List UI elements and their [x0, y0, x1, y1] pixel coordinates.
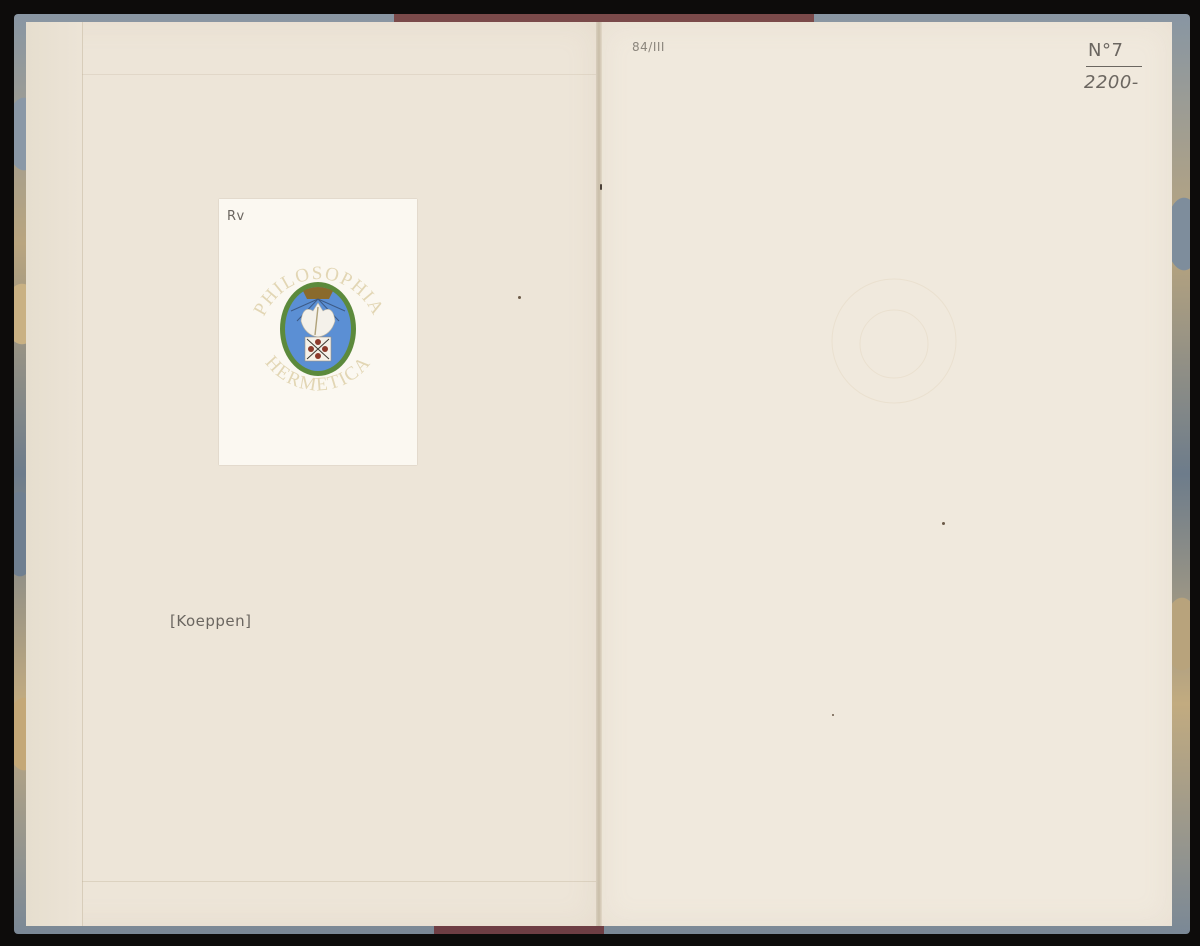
- left-endpaper: [26, 22, 596, 926]
- left-turn-in: [26, 22, 83, 926]
- gutter-mark: [600, 184, 602, 190]
- paper-speck: [518, 296, 521, 299]
- pencil-underline: [1086, 66, 1142, 67]
- right-flyleaf: [600, 22, 1172, 926]
- pencil-price: 2200-: [1084, 72, 1139, 93]
- cover-spine-top: [394, 14, 814, 22]
- left-turn-in-top: [82, 22, 596, 75]
- pencil-number: N°7: [1088, 40, 1123, 61]
- pencil-shelfmark: 84/III: [632, 40, 665, 54]
- left-turn-in-bottom: [82, 881, 596, 926]
- book-gutter: [596, 22, 602, 926]
- open-book: Rv PHILOSOPHIA HERMETICA: [14, 14, 1190, 934]
- paper-speck: [832, 714, 834, 716]
- paper-speck: [942, 522, 945, 525]
- bookplate: Rv PHILOSOPHIA HERMETICA: [219, 199, 417, 465]
- pencil-note-koeppen: [Koeppen]: [170, 612, 251, 630]
- bookplate-emblem: PHILOSOPHIA HERMETICA: [219, 199, 417, 465]
- show-through-stamp: [829, 276, 959, 406]
